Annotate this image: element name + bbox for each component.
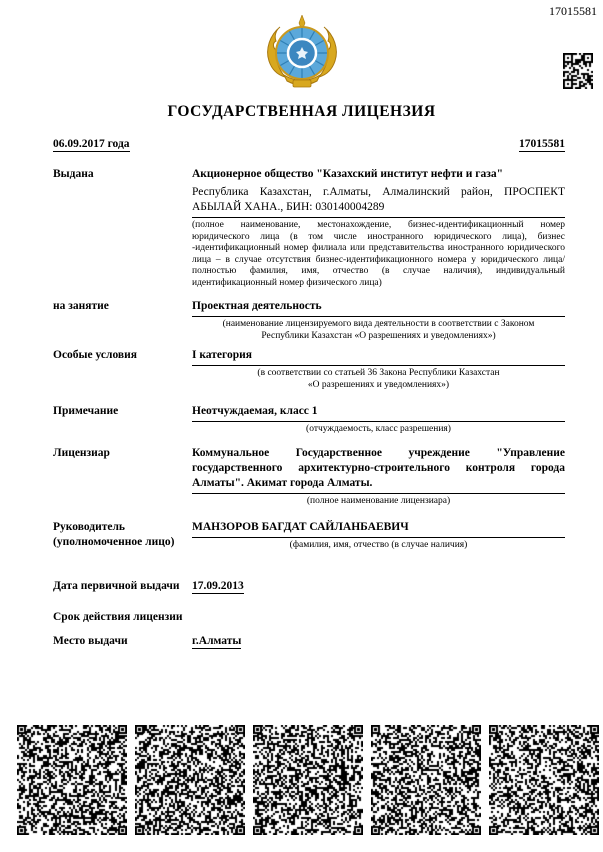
note-label: Примечание [53, 404, 192, 419]
field-note: Примечание Неотчуждаемая, класс 1 (отчуж… [53, 404, 565, 436]
license-number: 17015581 [519, 138, 565, 152]
field-special-conditions: Особые условия I категория (в соответств… [53, 348, 565, 391]
security-barcode-strip [0, 725, 603, 835]
licensor-label: Лицензиар [53, 446, 192, 461]
field-first-issue: Дата первичной выдачи 17.09.2013 [53, 579, 565, 594]
head-label: Руководитель (уполномоченное лицо) [53, 520, 192, 550]
licensee-address: Республика Казахстан, г.Алматы, Алмалинс… [192, 185, 565, 215]
head-value: МАНЗОРОВ БАГДАТ САЙЛАНБАЕВИЧ [192, 520, 565, 535]
date-number-row: 06.09.2017 года 17015581 [53, 138, 565, 152]
barcode-3 [253, 725, 363, 835]
first-issue-label: Дата первичной выдачи [53, 579, 192, 594]
document-title: ГОСУДАРСТВЕННАЯ ЛИЦЕНЗИЯ [0, 103, 603, 121]
activity-label: на занятие [53, 299, 192, 314]
license-document: 17015581 ГОСУДАРСТВЕННАЯ ЛИЦЕНЗИЯ [0, 0, 603, 852]
field-activity: на занятие Проектная деятельность (наиме… [53, 299, 565, 342]
activity-value: Проектная деятельность [192, 299, 565, 314]
issue-place-value: г.Алматы [192, 635, 241, 649]
note-value: Неотчуждаемая, класс 1 [192, 404, 565, 419]
licensor-value: Коммунальное Государственное учреждение … [192, 446, 565, 491]
field-issue-place: Место выдачи г.Алматы [53, 634, 565, 649]
special-conditions-value: I категория [192, 348, 565, 363]
first-issue-value: 17.09.2013 [192, 580, 244, 594]
field-issued-to: Выдана Акционерное общество "Казахский и… [53, 167, 565, 289]
barcode-5 [489, 725, 599, 835]
divider-line [192, 537, 565, 538]
licensor-caption: (полное наименование лицензиара) [192, 496, 565, 508]
note-caption: (отчуждаемость, класс разрешения) [192, 424, 565, 436]
issued-to-label: Выдана [53, 167, 192, 182]
issue-date: 06.09.2017 года [53, 138, 130, 152]
licensee-name: Акционерное общество "Казахский институт… [192, 167, 565, 182]
divider-line [192, 316, 565, 317]
issued-to-caption: (полное наименование, местонахождение, б… [192, 220, 565, 289]
divider-line [192, 421, 565, 422]
special-conditions-label: Особые условия [53, 348, 192, 363]
field-validity: Срок действия лицензии [53, 610, 565, 625]
barcode-1 [17, 725, 127, 835]
barcode-4 [371, 725, 481, 835]
field-head: Руководитель (уполномоченное лицо) МАНЗО… [53, 520, 565, 552]
special-conditions-caption: (в соответствии со статьей 36 Закона Рес… [192, 368, 565, 391]
divider-line [192, 365, 565, 366]
divider-line [192, 217, 565, 218]
head-caption: (фамилия, имя, отчество (в случае наличи… [192, 540, 565, 552]
activity-caption: (наименование лицензируемого вида деятел… [192, 319, 565, 342]
field-licensor: Лицензиар Коммунальное Государственное у… [53, 446, 565, 508]
divider-line [192, 493, 565, 494]
issue-place-label: Место выдачи [53, 634, 192, 649]
barcode-2 [135, 725, 245, 835]
validity-label: Срок действия лицензии [53, 610, 192, 625]
